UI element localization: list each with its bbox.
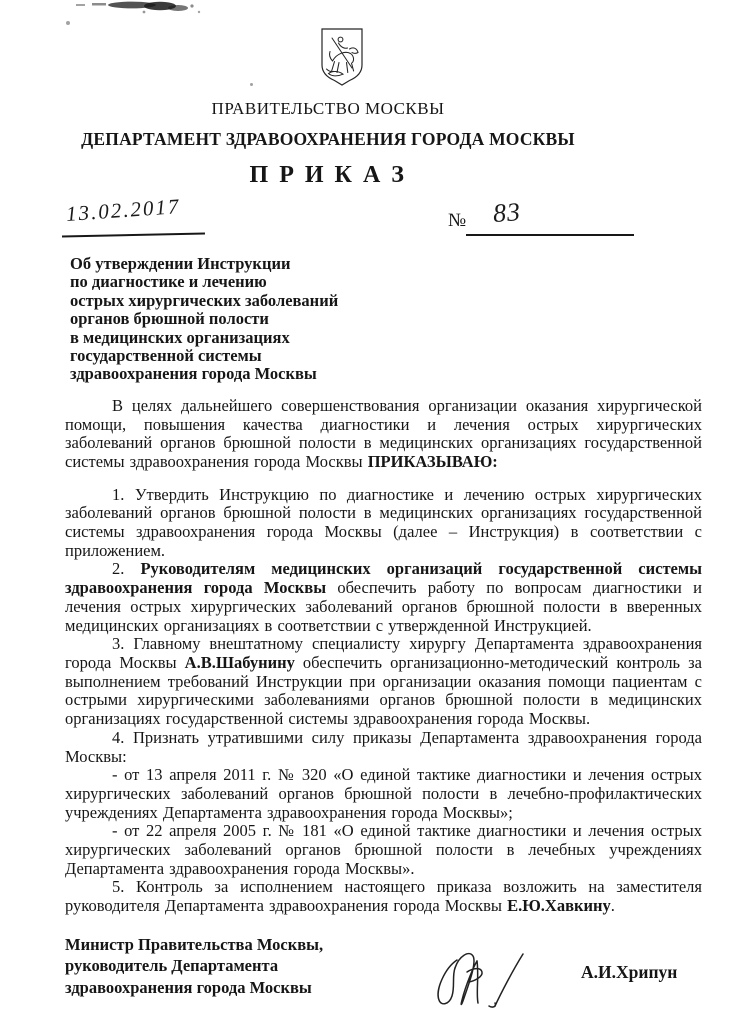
government-line: ПРАВИТЕЛЬСТВО МОСКВЫ: [65, 99, 591, 119]
date-underline: [62, 233, 205, 238]
subject-line: Об утверждении Инструкции: [70, 255, 450, 273]
number-underline: [466, 234, 634, 236]
subject-block: Об утверждении Инструкции по диагностике…: [70, 255, 450, 384]
item-5-paragraph: 5. Контроль за исполнением настоящего пр…: [65, 878, 702, 915]
subject-line: государственной системы: [70, 347, 450, 365]
signatory-title-line: Министр Правительства Москвы,: [65, 934, 702, 956]
document-content: ПРАВИТЕЛЬСТВО МОСКВЫ ДЕПАРТАМЕНТ ЗДРАВОО…: [65, 0, 702, 1022]
handwritten-signature-icon: [431, 948, 539, 1010]
signatory-name: А.И.Хрипун: [581, 962, 677, 983]
item-3-paragraph: 3. Главному внештатному специалисту хиру…: [65, 635, 702, 729]
scanned-order-page: ПРАВИТЕЛЬСТВО МОСКВЫ ДЕПАРТАМЕНТ ЗДРАВОО…: [0, 0, 746, 1024]
item-1-paragraph: 1. Утвердить Инструкцию по диагностике и…: [65, 486, 702, 561]
signature-block: Министр Правительства Москвы, руководите…: [65, 934, 702, 1022]
subject-line: здравоохранения города Москвы: [70, 365, 450, 383]
department-line: ДЕПАРТАМЕНТ ЗДРАВООХРАНЕНИЯ ГОРОДА МОСКВ…: [65, 129, 591, 150]
item-2-paragraph: 2. Руководителям медицинских организаций…: [65, 560, 702, 635]
date-handwritten: 13.02.2017: [65, 194, 181, 227]
revoked-order-2011-paragraph: - от 13 апреля 2011 г. № 320 «О единой т…: [65, 766, 702, 822]
subject-line: органов брюшной полости: [70, 310, 450, 328]
order-body: В целях дальнейшего совершенствования ор…: [65, 397, 702, 916]
subject-line: по диагностике и лечению: [70, 273, 450, 291]
doc-type-title: П Р И К А З: [65, 162, 591, 189]
preamble-paragraph: В целях дальнейшего совершенствования ор…: [65, 397, 702, 472]
revoked-order-2005-paragraph: - от 22 апреля 2005 г. № 181 «О единой т…: [65, 822, 702, 878]
requisites-row: 13.02.2017 № 83: [65, 201, 702, 249]
number-handwritten: 83: [492, 197, 522, 229]
subject-line: в медицинских организациях: [70, 329, 450, 347]
number-sign: №: [448, 210, 466, 232]
subject-line: острых хирургических заболеваний: [70, 292, 450, 310]
moscow-coat-of-arms-icon: [319, 27, 365, 87]
item-4-paragraph: 4. Признать утратившими силу приказы Деп…: [65, 729, 702, 766]
document-header: ПРАВИТЕЛЬСТВО МОСКВЫ ДЕПАРТАМЕНТ ЗДРАВОО…: [65, 99, 591, 189]
